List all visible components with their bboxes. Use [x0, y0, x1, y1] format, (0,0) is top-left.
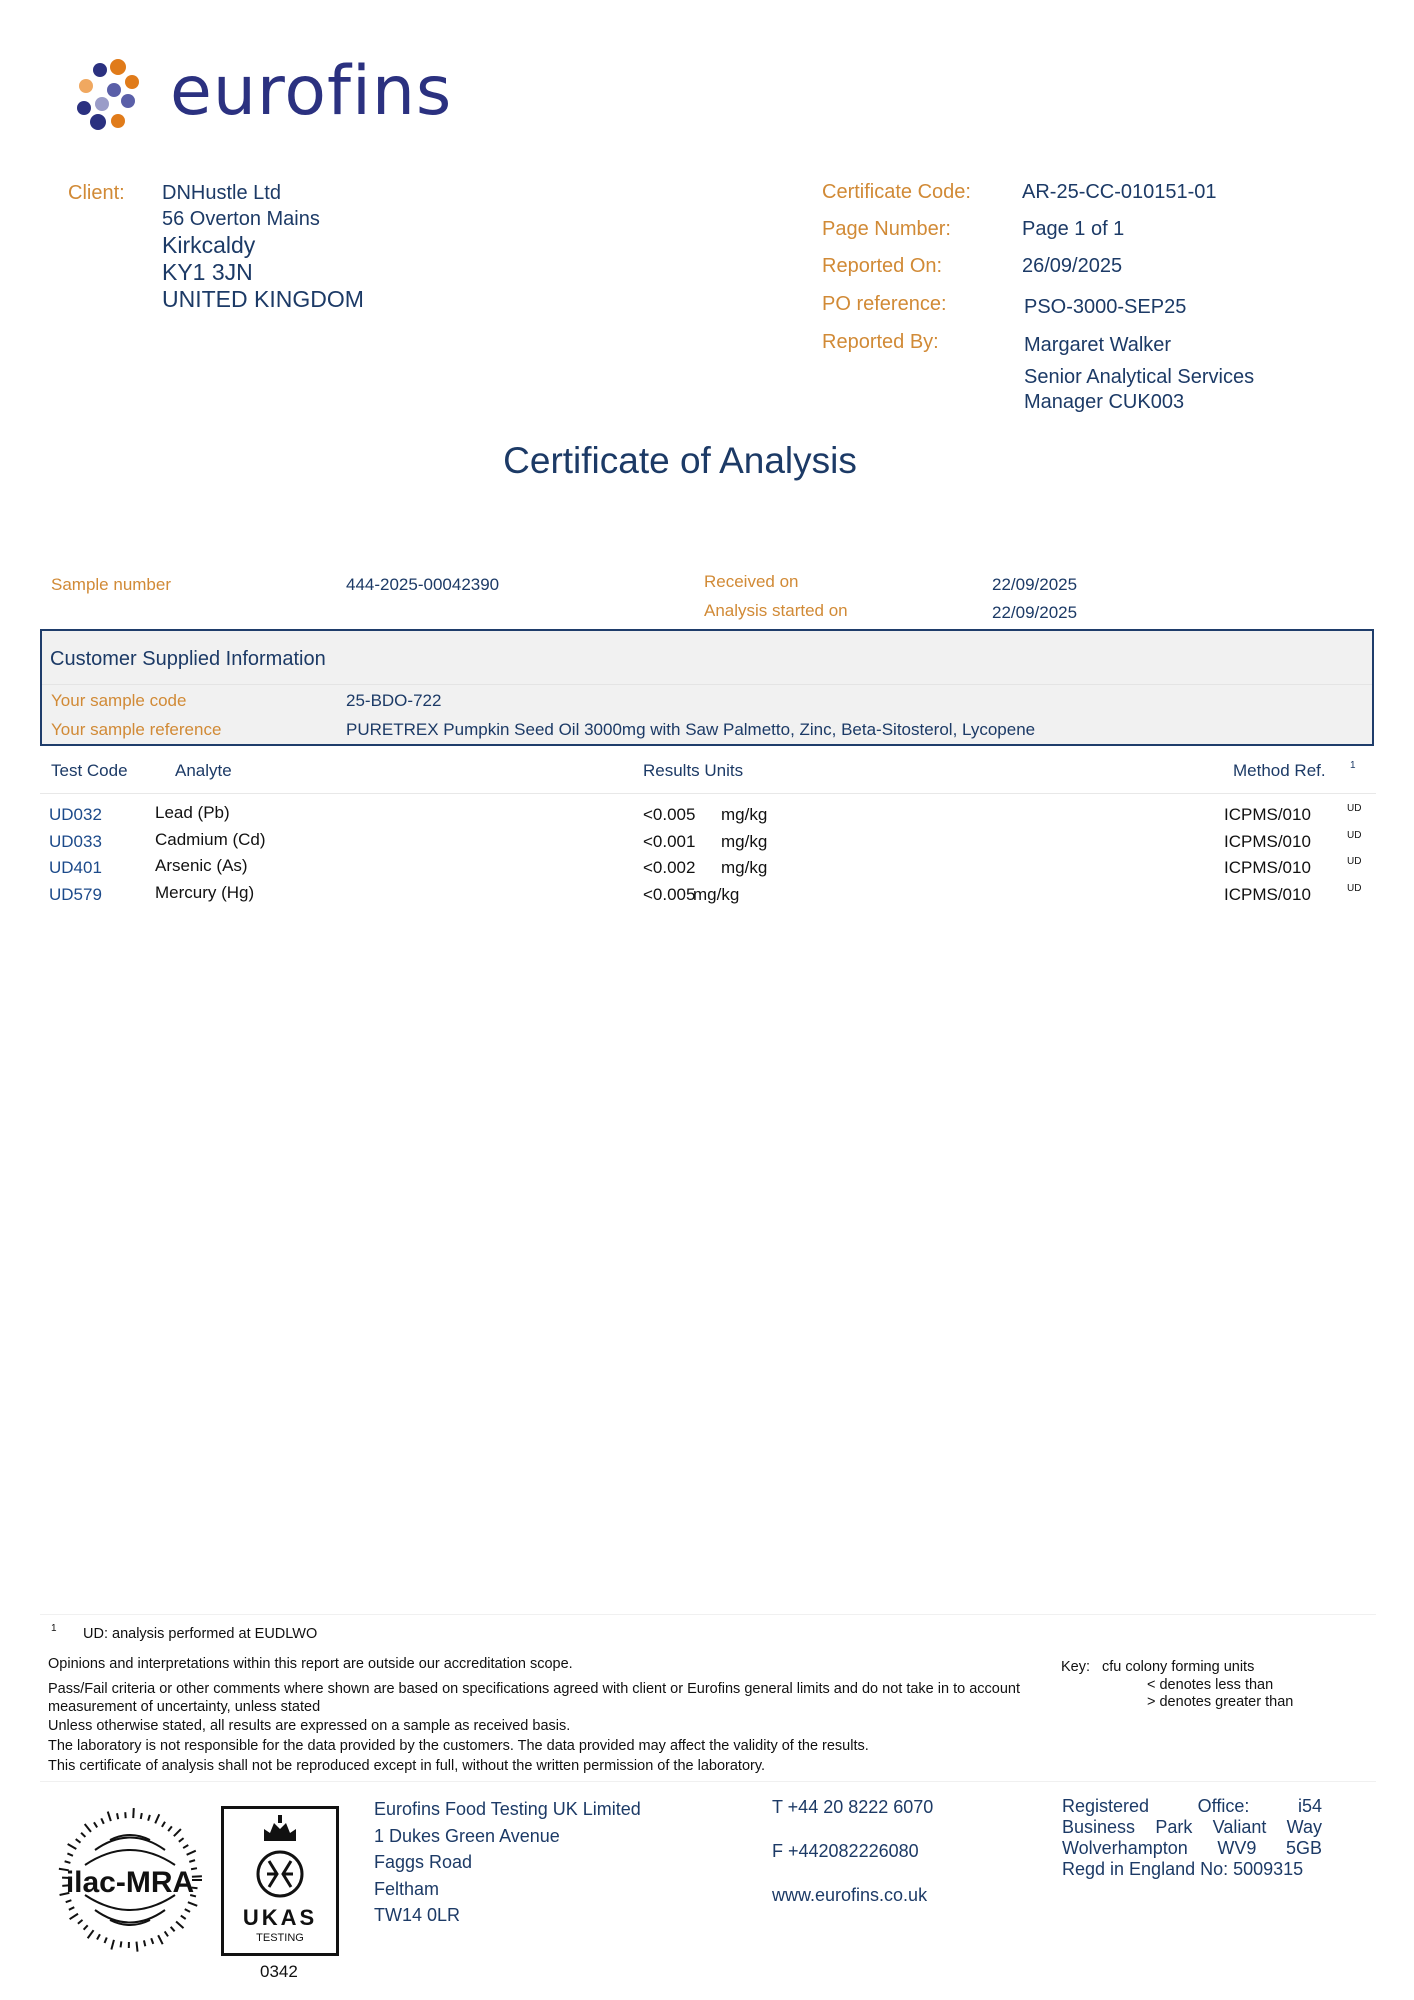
sample-reference: PURETREX Pumpkin Seed Oil 3000mg with Sa…	[346, 720, 1035, 740]
result-unit: mg/kg	[693, 885, 739, 905]
page-number-label: Page Number:	[822, 218, 951, 241]
lab-name: Eurofins Food Testing UK Limited	[374, 1796, 641, 1823]
footer-divider	[40, 1781, 1376, 1782]
sample-reference-label: Your sample reference	[51, 720, 221, 740]
po-reference-label: PO reference:	[822, 293, 947, 316]
key-cfu: cfu colony forming units	[1102, 1659, 1254, 1675]
page-title: Certificate of Analysis	[0, 440, 1360, 482]
lab-address: Eurofins Food Testing UK Limited 1 Dukes…	[374, 1796, 641, 1929]
reported-by-label: Reported By:	[822, 331, 939, 354]
client-postcode: KY1 3JN	[162, 259, 364, 286]
lab-street: 1 Dukes Green Avenue	[374, 1823, 641, 1850]
svg-text:ilac-MRA: ilac-MRA	[66, 1866, 194, 1899]
client-country: UNITED KINGDOM	[162, 286, 364, 313]
key-greater-than: > denotes greater than	[1147, 1694, 1293, 1710]
table-header-divider	[40, 793, 1376, 794]
site-footnote: UD: analysis performed at EUDLWO	[83, 1626, 317, 1642]
client-address: DNHustle Ltd 56 Overton Mains Kirkcaldy …	[162, 180, 364, 313]
ilac-mra-logo-icon: ilac-MRA	[55, 1805, 205, 1955]
reported-by-name: Margaret Walker	[1024, 334, 1171, 357]
analyte: Mercury (Hg)	[155, 883, 254, 903]
lab-site-marker: UD	[1347, 830, 1361, 841]
analyte: Cadmium (Cd)	[155, 830, 266, 850]
client-name: DNHustle Ltd	[162, 180, 364, 206]
statement-pass-fail: Pass/Fail criteria or other comments whe…	[48, 1680, 1038, 1716]
crown-icon	[260, 1815, 300, 1845]
ukas-testing-label: TESTING	[224, 1932, 336, 1944]
registered-office-line-1: Registered Office: i54	[1062, 1796, 1322, 1817]
result-value: <0.005	[643, 885, 695, 905]
certificate-code-label: Certificate Code:	[822, 181, 971, 204]
lab-phone: T +44 20 8222 6070	[772, 1794, 933, 1821]
registered-office-line-3: Wolverhampton WV9 5GB	[1062, 1838, 1322, 1859]
page-number: Page 1 of 1	[1022, 218, 1124, 241]
analyte: Arsenic (As)	[155, 856, 248, 876]
ukas-emblem-icon	[255, 1849, 305, 1899]
eurofins-logo: eurofins	[76, 58, 456, 138]
analysis-started-label: Analysis started on	[704, 601, 848, 621]
key-label: Key:	[1061, 1659, 1090, 1675]
statement-reproduction: This certificate of analysis shall not b…	[48, 1758, 1048, 1774]
statement-accreditation: Opinions and interpretations within this…	[48, 1656, 1038, 1672]
ukas-logo: UKAS TESTING	[221, 1806, 339, 1956]
client-city: Kirkcaldy	[162, 232, 364, 259]
eurofins-wordmark: eurofins	[170, 52, 452, 132]
client-label: Client:	[68, 182, 125, 205]
lab-postcode: TW14 0LR	[374, 1902, 641, 1929]
lab-site-marker: UD	[1347, 803, 1361, 814]
col-header-test-code: Test Code	[51, 761, 128, 781]
result-value: <0.002	[643, 858, 695, 878]
lab-site-marker: UD	[1347, 883, 1361, 894]
test-code: UD032	[49, 805, 102, 825]
eurofins-dots-icon	[76, 58, 160, 138]
client-street: 56 Overton Mains	[162, 206, 364, 232]
reported-by-title-1: Senior Analytical Services	[1024, 366, 1254, 389]
lab-town: Feltham	[374, 1876, 641, 1903]
statement-customer-data: The laboratory is not responsible for th…	[48, 1738, 1048, 1754]
col-header-method-ref: Method Ref.	[1233, 761, 1326, 781]
sample-number-label: Sample number	[51, 575, 171, 595]
method-ref: ICPMS/010	[1224, 832, 1311, 852]
reported-by-title-2: Manager CUK003	[1024, 391, 1184, 414]
result-value: <0.001	[643, 832, 695, 852]
test-code: UD033	[49, 832, 102, 852]
col-header-results-units: Results Units	[643, 761, 743, 781]
received-on-label: Received on	[704, 572, 799, 592]
result-value: <0.005	[643, 805, 695, 825]
divider	[42, 684, 1372, 685]
lab-fax: F +442082226080	[772, 1838, 919, 1865]
key-less-than: < denotes less than	[1147, 1677, 1273, 1693]
reported-on-label: Reported On:	[822, 255, 942, 278]
sample-code-label: Your sample code	[51, 691, 186, 711]
analysis-started: 22/09/2025	[992, 603, 1077, 623]
footnote-divider	[40, 1614, 1376, 1615]
lab-site-marker: UD	[1347, 856, 1361, 867]
test-code: UD579	[49, 885, 102, 905]
method-ref: ICPMS/010	[1224, 805, 1311, 825]
result-unit: mg/kg	[721, 832, 767, 852]
registered-office-line-4: Regd in England No: 5009315	[1062, 1859, 1322, 1880]
customer-info-heading: Customer Supplied Information	[50, 648, 326, 671]
method-ref: ICPMS/010	[1224, 858, 1311, 878]
test-code: UD401	[49, 858, 102, 878]
lab-road: Faggs Road	[374, 1849, 641, 1876]
analyte: Lead (Pb)	[155, 803, 230, 823]
registered-office-line-2: Business Park Valiant Way	[1062, 1817, 1322, 1838]
po-reference: PSO-3000-SEP25	[1024, 296, 1186, 319]
ukas-number: 0342	[260, 1962, 298, 1982]
sample-code: 25-BDO-722	[346, 691, 441, 711]
site-footnote-marker: 1	[51, 1623, 57, 1634]
result-unit: mg/kg	[721, 805, 767, 825]
lab-website[interactable]: www.eurofins.co.uk	[772, 1882, 927, 1909]
result-unit: mg/kg	[721, 858, 767, 878]
statement-basis: Unless otherwise stated, all results are…	[48, 1718, 1048, 1734]
registered-office: Registered Office: i54 Business Park Val…	[1062, 1796, 1322, 1880]
reported-on: 26/09/2025	[1022, 255, 1122, 278]
received-on: 22/09/2025	[992, 575, 1077, 595]
sample-number: 444-2025-00042390	[346, 575, 499, 595]
method-ref-footnote-marker: 1	[1350, 760, 1356, 771]
method-ref: ICPMS/010	[1224, 885, 1311, 905]
col-header-analyte: Analyte	[175, 761, 232, 781]
ukas-label: UKAS	[224, 1905, 336, 1931]
certificate-code: AR-25-CC-010151-01	[1022, 181, 1217, 204]
